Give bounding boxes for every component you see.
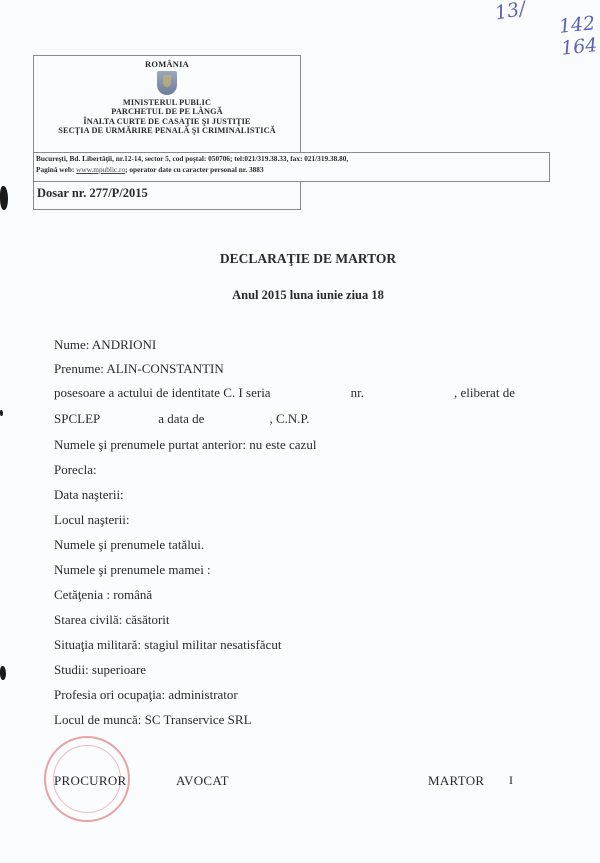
issuer-text: SPCLEP	[54, 411, 100, 426]
case-number: Dosar nr. 277/P/2015	[37, 186, 148, 201]
field-marital-status: Starea civilă: căsătorit	[54, 612, 170, 628]
field-id-document: posesoare a actului de identitate C. I s…	[54, 385, 515, 401]
field-surname: Nume: ANDRIONI	[54, 337, 156, 353]
operator-text: ; operator date cu caracter personal nr.…	[125, 165, 263, 174]
field-birth-date: Data naşterii:	[54, 487, 124, 503]
redacted-number	[389, 385, 429, 401]
scan-artifact	[0, 410, 3, 416]
field-issuer: SPCLEPa data de, C.N.P.	[54, 411, 310, 427]
field-occupation: Profesia ori ocupaţia: administrator	[54, 687, 238, 703]
handwritten-page-number: 164	[560, 34, 598, 60]
address-band: Bucureşti, Bd. Libertăţii, nr.12-14, sec…	[33, 152, 550, 182]
field-education: Studii: superioare	[54, 662, 146, 678]
institution-line: MINISTERUL PUBLIC	[34, 98, 300, 107]
document-title: DECLARAŢIE DE MARTOR	[0, 251, 600, 267]
scanned-document-page: 13/ 142 164 ROMÂNIA MINISTERUL PUBLIC PA…	[0, 0, 600, 863]
issued-by-label: , eliberat de	[454, 385, 515, 401]
cnp-label: , C.N.P.	[269, 411, 309, 426]
handwritten-annotation: 142 164	[558, 12, 599, 60]
institution-line: PARCHETUL DE PE LÂNGĂ	[34, 107, 300, 116]
document-date: Anul 2015 luna iunie ziua 18	[0, 288, 600, 303]
signature-lawyer: AVOCAT	[176, 773, 229, 789]
web-label: Pagină web:	[36, 165, 74, 174]
issue-date-label: a data de	[158, 411, 204, 426]
institution-line: SECŢIA DE URMĂRIRE PENALĂ ŞI CRIMINALIST…	[34, 126, 300, 135]
field-first-name: Prenume: ALIN-CONSTANTIN	[54, 361, 224, 377]
field-previous-name: Numele şi prenumele purtat anterior: nu …	[54, 437, 316, 453]
redacted-series	[296, 385, 326, 401]
field-workplace: Locul de muncă: SC Transervice SRL	[54, 712, 252, 728]
id-number-label: nr.	[351, 385, 364, 401]
scan-artifact	[0, 666, 6, 680]
institution-line: ÎNALTA CURTE DE CASAŢIE ŞI JUSTIŢIE	[34, 117, 300, 126]
signature-mark: I	[509, 773, 513, 788]
address-line: Bucureşti, Bd. Libertăţii, nr.12-14, sec…	[36, 154, 547, 165]
country-name: ROMÂNIA	[34, 59, 300, 69]
website-link[interactable]: www.mpublic.ro	[76, 165, 125, 174]
field-birth-place: Locul naşterii:	[54, 512, 129, 528]
field-father-name: Numele şi prenumele tatălui.	[54, 537, 204, 553]
signature-witness: MARTOR	[428, 773, 484, 789]
id-text: posesoare a actului de identitate C. I s…	[54, 385, 271, 401]
field-mother-name: Numele şi prenumele mamei :	[54, 562, 211, 578]
web-line: Pagină web: www.mpublic.ro; operator dat…	[36, 165, 547, 176]
scan-artifact	[0, 186, 8, 210]
field-citizenship: Cetăţenia : română	[54, 587, 152, 603]
field-military-status: Situaţia militară: stagiul militar nesat…	[54, 637, 281, 653]
coat-of-arms-icon	[157, 71, 177, 95]
field-nickname: Porecla:	[54, 462, 97, 478]
handwritten-annotation: 13/	[493, 0, 527, 24]
signature-prosecutor: PROCUROR	[54, 773, 126, 789]
